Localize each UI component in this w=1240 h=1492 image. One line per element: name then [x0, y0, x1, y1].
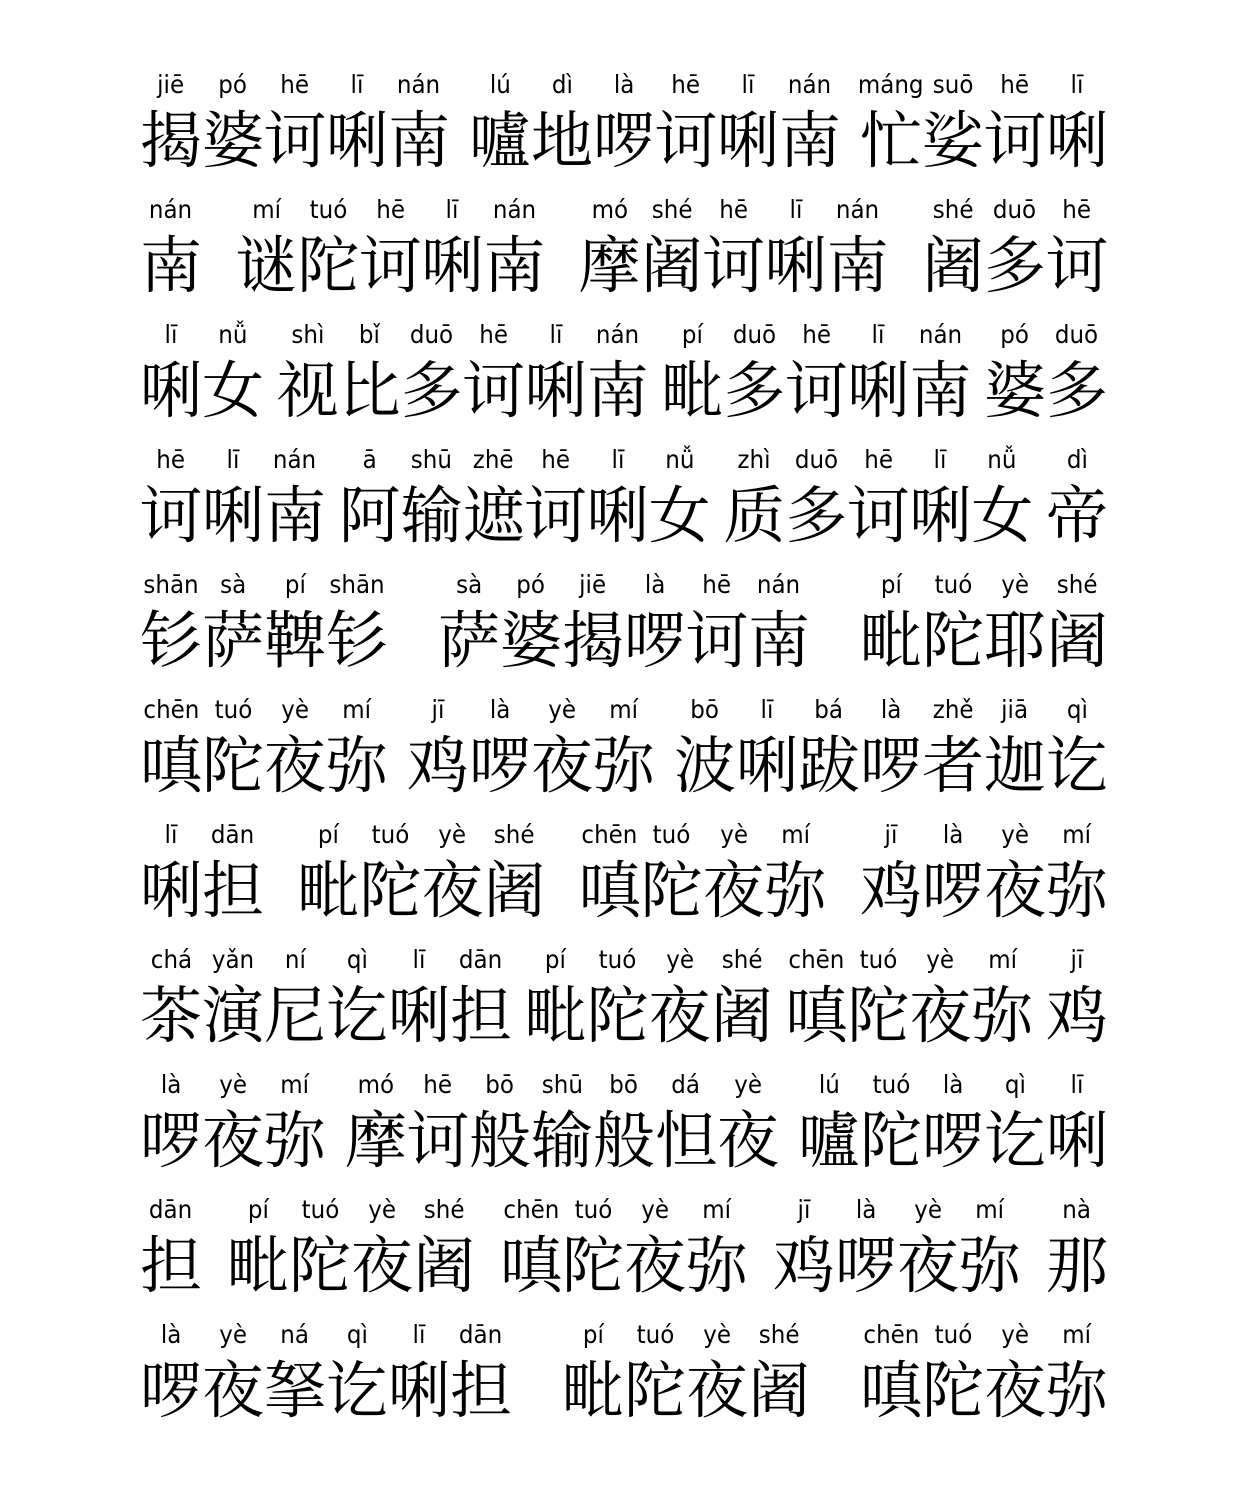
ruby-cell: mí谜 [235, 191, 297, 316]
pinyin-annotation: yè [219, 1316, 247, 1350]
ruby-cell: zhì质 [723, 441, 785, 566]
ruby-cell: lī唎 [587, 441, 649, 566]
hanzi-character: 鸡 [773, 1225, 835, 1316]
pinyin-annotation: là [943, 1066, 963, 1100]
ruby-cell: chēn嗔 [860, 1316, 922, 1441]
pinyin-annotation: yè [1001, 566, 1029, 600]
hanzi-character: 弥 [686, 1225, 748, 1316]
hanzi-character: 唎 [388, 1350, 450, 1441]
syllable-group: chēn嗔tuó陀yè夜mí弥 [860, 1316, 1108, 1441]
hanzi-character: 那 [1046, 1225, 1108, 1316]
hanzi-character: 女 [649, 475, 711, 566]
pinyin-annotation: lī [165, 816, 178, 850]
hanzi-character: 阇 [641, 225, 703, 316]
ruby-cell: tuó陀 [587, 941, 649, 1066]
pinyin-annotation: nán [596, 316, 639, 350]
hanzi-character: 唎 [717, 100, 779, 191]
pinyin-annotation: máng [858, 66, 924, 100]
text-line: jiē揭pó婆hē诃lī唎nán南lú嚧dì地là啰hē诃lī唎nán南máng… [140, 66, 1108, 191]
pinyin-annotation: tuó [309, 191, 347, 225]
pinyin-annotation: là [161, 1316, 181, 1350]
pinyin-annotation: nán [788, 66, 831, 100]
ruby-cell: shé阇 [483, 816, 545, 941]
hanzi-character: 陀 [922, 1350, 984, 1441]
hanzi-character: 弥 [1046, 850, 1108, 941]
syllable-group: shān钐sà萨pí鞞shān钐 [140, 566, 388, 691]
hanzi-character: 阿 [339, 475, 401, 566]
ruby-cell: yè夜 [717, 1066, 779, 1191]
hanzi-character: 弥 [765, 850, 827, 941]
hanzi-character: 南 [264, 475, 326, 566]
hanzi-character: 婆 [984, 350, 1046, 441]
ruby-cell: pí毗 [227, 1191, 289, 1316]
syllable-group: chēn嗔tuó陀yè夜mí弥 [140, 691, 388, 816]
syllable-group: zhì质duō多hē诃lī唎nǚ女 [723, 441, 1033, 566]
hanzi-character: 嚧 [469, 100, 531, 191]
pinyin-annotation: bō [486, 1066, 515, 1100]
ruby-cell: nán南 [827, 191, 889, 316]
ruby-cell: tuó陀 [922, 566, 984, 691]
pinyin-annotation: hē [281, 66, 310, 100]
pinyin-annotation: pó [1001, 316, 1030, 350]
hanzi-character: 毗 [661, 350, 723, 441]
hanzi-character: 夜 [264, 725, 326, 816]
pinyin-annotation: pí [880, 566, 901, 600]
pinyin-annotation: ā [363, 441, 377, 475]
pinyin-annotation: yè [926, 941, 954, 975]
hanzi-character: 南 [779, 100, 841, 191]
pinyin-annotation: duō [993, 191, 1036, 225]
pinyin-annotation: nǚ [665, 441, 694, 475]
ruby-cell: hē诃 [1046, 191, 1108, 316]
hanzi-character: 啰 [140, 1100, 202, 1191]
ruby-cell: hē诃 [847, 441, 909, 566]
syllable-group: lī唎dān担 [140, 816, 264, 941]
hanzi-character: 阇 [483, 850, 545, 941]
hanzi-character: 诃 [703, 225, 765, 316]
hanzi-character: 南 [388, 100, 450, 191]
hanzi-character: 唎 [388, 975, 450, 1066]
ruby-cell: nǚ女 [649, 441, 711, 566]
text-line: chá茶yǎn演ní尼qì讫lī唎dān担pí毗tuó陀yè夜shé阇chēn嗔… [140, 941, 1108, 1066]
pinyin-annotation: mí [610, 691, 639, 725]
pinyin-annotation: shū [541, 1066, 582, 1100]
pinyin-annotation: hē [1001, 66, 1030, 100]
pinyin-annotation: pí [545, 941, 566, 975]
ruby-cell: nà那 [1046, 1191, 1108, 1316]
ruby-cell: là啰 [140, 1316, 202, 1441]
pinyin-annotation: chēn [788, 941, 844, 975]
hanzi-character: 陀 [922, 600, 984, 691]
hanzi-character: 讫 [326, 1350, 388, 1441]
pinyin-annotation: duō [795, 441, 838, 475]
pinyin-annotation: lī [549, 316, 562, 350]
pinyin-annotation: lī [761, 691, 774, 725]
syllable-group: jī鸡là啰yè夜mí弥 [773, 1191, 1021, 1316]
hanzi-character: 啰 [860, 725, 922, 816]
hanzi-character: 比 [339, 350, 401, 441]
hanzi-character: 帝 [1046, 475, 1108, 566]
hanzi-character: 多 [401, 350, 463, 441]
hanzi-character: 嚧 [798, 1100, 860, 1191]
pinyin-annotation: jī [432, 691, 445, 725]
hanzi-character: 弥 [971, 975, 1033, 1066]
ruby-cell: tuó陀 [641, 816, 703, 941]
hanzi-character: 嗔 [860, 1350, 922, 1441]
syllable-group: pí毗tuó陀yè耶shé阇 [860, 566, 1108, 691]
pinyin-annotation: shé [1057, 566, 1098, 600]
ruby-cell: sà萨 [202, 566, 264, 691]
hanzi-character: 地 [531, 100, 593, 191]
ruby-cell: lī唎 [140, 316, 202, 441]
pinyin-annotation: jī [885, 816, 898, 850]
pinyin-annotation: tuó [934, 566, 972, 600]
pinyin-annotation: dān [149, 1191, 192, 1225]
syllable-group: jiē揭pó婆hē诃lī唎nán南 [140, 66, 450, 191]
hanzi-character: 弥 [1046, 1350, 1108, 1441]
ruby-cell: chēn嗔 [785, 941, 847, 1066]
ruby-cell: jī鸡 [407, 691, 469, 816]
pinyin-annotation: sà [456, 566, 482, 600]
ruby-cell: hē诃 [785, 316, 847, 441]
hanzi-character: 毗 [297, 850, 359, 941]
ruby-cell: chēn嗔 [500, 1191, 562, 1316]
hanzi-character: 南 [483, 225, 545, 316]
hanzi-character: 诃 [984, 100, 1046, 191]
hanzi-character: 婆 [202, 100, 264, 191]
ruby-cell: ā阿 [339, 441, 401, 566]
hanzi-character: 诃 [359, 225, 421, 316]
pinyin-annotation: shé [424, 1191, 465, 1225]
hanzi-character: 陀 [562, 1225, 624, 1316]
hanzi-character: 尼 [264, 975, 326, 1066]
pinyin-annotation: jī [798, 1191, 811, 1225]
pinyin-annotation: ná [281, 1316, 310, 1350]
hanzi-character: 夜 [202, 1100, 264, 1191]
ruby-cell: shān钐 [326, 566, 388, 691]
hanzi-character: 诃 [655, 100, 717, 191]
pinyin-annotation: dān [211, 816, 254, 850]
hanzi-character: 女 [202, 350, 264, 441]
ruby-cell: yè夜 [984, 816, 1046, 941]
ruby-cell: là啰 [593, 66, 655, 191]
ruby-cell: mí弥 [686, 1191, 748, 1316]
hanzi-character: 唎 [847, 350, 909, 441]
hanzi-character: 揭 [562, 600, 624, 691]
pinyin-annotation: shì [291, 316, 324, 350]
ruby-cell: dān担 [140, 1191, 202, 1316]
pinyin-annotation: mó [358, 1066, 394, 1100]
ruby-cell: yǎn演 [202, 941, 264, 1066]
pinyin-annotation: mí [1063, 1316, 1092, 1350]
ruby-cell: tuó陀 [847, 941, 909, 1066]
pinyin-annotation: hē [864, 441, 893, 475]
pinyin-annotation: shé [933, 191, 974, 225]
pinyin-annotation: hē [719, 191, 748, 225]
hanzi-character: 夜 [984, 1350, 1046, 1441]
hanzi-character: 嗔 [140, 725, 202, 816]
pinyin-annotation: mí [976, 1191, 1005, 1225]
ruby-cell: lī唎 [717, 66, 779, 191]
hanzi-character: 萨 [202, 600, 264, 691]
syllable-group: lú嚧dì地là啰hē诃lī唎nán南 [469, 66, 841, 191]
hanzi-character: 弥 [264, 1100, 326, 1191]
hanzi-character: 般 [469, 1100, 531, 1191]
ruby-cell: nán南 [909, 316, 971, 441]
ruby-cell: tuó陀 [297, 191, 359, 316]
hanzi-character: 担 [450, 975, 512, 1066]
ruby-cell: nán南 [264, 441, 326, 566]
pinyin-annotation: tuó [934, 1316, 972, 1350]
ruby-cell: zhě者 [922, 691, 984, 816]
hanzi-character: 啰 [922, 1100, 984, 1191]
hanzi-character: 唎 [909, 475, 971, 566]
pinyin-annotation: là [645, 566, 665, 600]
pinyin-annotation: dān [459, 941, 502, 975]
pinyin-annotation: yè [368, 1191, 396, 1225]
hanzi-character: 萨 [438, 600, 500, 691]
ruby-cell: là啰 [860, 691, 922, 816]
pinyin-annotation: qì [1004, 1066, 1025, 1100]
ruby-cell: là啰 [624, 566, 686, 691]
hanzi-character: 鞞 [264, 600, 326, 691]
ruby-cell: lī唎 [847, 316, 909, 441]
hanzi-character: 阇 [748, 1350, 810, 1441]
pinyin-annotation: tuó [859, 941, 897, 975]
ruby-cell: pó婆 [500, 566, 562, 691]
text-line: hē诃lī唎nán南ā阿shū输zhē遮hē诃lī唎nǚ女zhì质duō多hē诃… [140, 441, 1108, 566]
pinyin-annotation: jī [1071, 941, 1084, 975]
ruby-cell: lī唎 [140, 816, 202, 941]
hanzi-character: 诃 [140, 475, 202, 566]
syllable-group: jī鸡 [1046, 941, 1108, 1066]
hanzi-character: 啰 [624, 600, 686, 691]
pinyin-annotation: mí [1063, 816, 1092, 850]
pinyin-annotation: dì [1066, 441, 1087, 475]
syllable-group: hē诃lī唎nán南 [140, 441, 326, 566]
hanzi-character: 讫 [1046, 725, 1108, 816]
pinyin-annotation: shé [759, 1316, 800, 1350]
ruby-cell: lī唎 [1046, 1066, 1108, 1191]
ruby-cell: chēn嗔 [140, 691, 202, 816]
ruby-cell: pó婆 [984, 316, 1046, 441]
hanzi-character: 忙 [860, 100, 922, 191]
ruby-cell: là啰 [922, 816, 984, 941]
pinyin-annotation: hē [424, 1066, 453, 1100]
ruby-cell: shé阇 [641, 191, 703, 316]
pinyin-annotation: qì [1066, 691, 1087, 725]
hanzi-character: 嗔 [500, 1225, 562, 1316]
pinyin-annotation: hē [479, 316, 508, 350]
ruby-cell: qì讫 [1046, 691, 1108, 816]
ruby-cell: qì讫 [326, 941, 388, 1066]
ruby-cell: bǐ比 [339, 316, 401, 441]
ruby-cell: shé阇 [922, 191, 984, 316]
pinyin-annotation: zhě [933, 691, 974, 725]
pinyin-annotation: lī [351, 66, 364, 100]
ruby-cell: mí弥 [971, 941, 1033, 1066]
ruby-cell: nán南 [779, 66, 841, 191]
ruby-cell: dān担 [202, 816, 264, 941]
hanzi-character: 陀 [289, 1225, 351, 1316]
hanzi-character: 陀 [297, 225, 359, 316]
pinyin-annotation: mí [252, 191, 281, 225]
hanzi-character: 多 [984, 225, 1046, 316]
ruby-cell: shū输 [401, 441, 463, 566]
pinyin-annotation: mí [781, 816, 810, 850]
hanzi-character: 毗 [860, 600, 922, 691]
ruby-cell: jī鸡 [860, 816, 922, 941]
ruby-cell: mí弥 [1046, 816, 1108, 941]
syllable-group: chēn嗔tuó陀yè夜mí弥 [579, 816, 827, 941]
ruby-cell: lī唎 [388, 1316, 450, 1441]
pinyin-annotation: là [614, 66, 634, 100]
pinyin-annotation: chá [150, 941, 191, 975]
hanzi-character: 唎 [587, 475, 649, 566]
syllable-group: máng忙suō娑hē诃lī唎 [860, 66, 1108, 191]
ruby-cell: duō多 [723, 316, 785, 441]
hanzi-character: 般 [593, 1100, 655, 1191]
text-line: dān担pí毗tuó陀yè夜shé阇chēn嗔tuó陀yè夜mí弥jī鸡là啰y… [140, 1191, 1108, 1316]
ruby-cell: yè夜 [421, 816, 483, 941]
ruby-cell: lú嚧 [469, 66, 531, 191]
pinyin-annotation: là [943, 816, 963, 850]
ruby-cell: hē诃 [264, 66, 326, 191]
pinyin-annotation: lī [227, 441, 240, 475]
syllable-group: ā阿shū输zhē遮hē诃lī唎nǚ女 [339, 441, 711, 566]
hanzi-character: 遮 [463, 475, 525, 566]
ruby-cell: dá怛 [655, 1066, 717, 1191]
pinyin-annotation: chēn [582, 816, 638, 850]
ruby-cell: lī唎 [202, 441, 264, 566]
ruby-cell: mí弥 [1046, 1316, 1108, 1441]
syllable-group: nà那 [1046, 1191, 1108, 1316]
pinyin-annotation: yè [548, 691, 576, 725]
syllable-group: lī唎nǚ女 [140, 316, 264, 441]
hanzi-character: 唎 [140, 350, 202, 441]
hanzi-character: 担 [140, 1225, 202, 1316]
ruby-cell: mó摩 [345, 1066, 407, 1191]
pinyin-annotation: yè [703, 1316, 731, 1350]
ruby-cell: hē诃 [525, 441, 587, 566]
pinyin-annotation: yè [914, 1191, 942, 1225]
hanzi-character: 陀 [202, 725, 264, 816]
hanzi-character: 夜 [202, 1350, 264, 1441]
ruby-cell: nǚ女 [971, 441, 1033, 566]
pinyin-annotation: suō [933, 66, 974, 100]
ruby-cell: lī唎 [1046, 66, 1108, 191]
ruby-cell: pí毗 [860, 566, 922, 691]
ruby-cell: duō多 [1046, 316, 1108, 441]
ruby-cell: shì视 [277, 316, 339, 441]
pinyin-annotation: tuó [653, 816, 691, 850]
hanzi-character: 阇 [711, 975, 773, 1066]
ruby-cell: mí弥 [959, 1191, 1021, 1316]
hanzi-character: 毗 [562, 1350, 624, 1441]
pinyin-annotation: yè [219, 1066, 247, 1100]
ruby-cell: shé阇 [413, 1191, 475, 1316]
ruby-cell: hē诃 [463, 316, 525, 441]
hanzi-character: 怛 [655, 1100, 717, 1191]
ruby-cell: bá跋 [798, 691, 860, 816]
pinyin-annotation: lī [446, 191, 459, 225]
ruby-cell: yè夜 [624, 1191, 686, 1316]
ruby-cell: tuó陀 [860, 1066, 922, 1191]
ruby-cell: bō波 [674, 691, 736, 816]
sutra-text-page: jiē揭pó婆hē诃lī唎nán南lú嚧dì地là啰hē诃lī唎nán南máng… [0, 0, 1240, 1492]
ruby-cell: tuó陀 [359, 816, 421, 941]
hanzi-character: 输 [531, 1100, 593, 1191]
pinyin-annotation: tuó [872, 1066, 910, 1100]
ruby-cell: tuó陀 [202, 691, 264, 816]
ruby-cell: jiē揭 [140, 66, 202, 191]
syllable-group: shì视bǐ比duō多hē诃lī唎nán南 [277, 316, 649, 441]
hanzi-character: 迦 [984, 725, 1046, 816]
hanzi-character: 多 [723, 350, 785, 441]
hanzi-character: 南 [587, 350, 649, 441]
ruby-cell: hē诃 [686, 566, 748, 691]
hanzi-character: 啰 [835, 1225, 897, 1316]
syllable-group: lú嚧tuó陀là啰qì讫lī唎 [798, 1066, 1108, 1191]
pinyin-annotation: lī [1071, 66, 1084, 100]
hanzi-character: 演 [202, 975, 264, 1066]
syllable-group: chēn嗔tuó陀yè夜mí弥 [500, 1191, 748, 1316]
pinyin-annotation: nán [397, 66, 440, 100]
hanzi-character: 谜 [235, 225, 297, 316]
pinyin-annotation: lī [413, 1316, 426, 1350]
hanzi-character: 夜 [686, 1350, 748, 1441]
syllable-group: pí毗duō多hē诃lī唎nán南 [661, 316, 971, 441]
syllable-group: mí谜tuó陀hē诃lī唎nán南 [235, 191, 545, 316]
hanzi-character: 担 [450, 1350, 512, 1441]
pinyin-annotation: shé [721, 941, 762, 975]
ruby-cell: duō多 [984, 191, 1046, 316]
ruby-cell: duō多 [785, 441, 847, 566]
ruby-cell: tuó陀 [922, 1316, 984, 1441]
hanzi-character: 唎 [736, 725, 798, 816]
syllable-group: sà萨pó婆jiē揭là啰hē诃nán南 [438, 566, 810, 691]
hanzi-character: 摩 [345, 1100, 407, 1191]
ruby-cell: yè夜 [202, 1066, 264, 1191]
hanzi-character: 诃 [1046, 225, 1108, 316]
hanzi-character: 摩 [579, 225, 641, 316]
ruby-cell: jī鸡 [1046, 941, 1108, 1066]
hanzi-character: 夜 [984, 850, 1046, 941]
pinyin-annotation: chēn [143, 691, 199, 725]
hanzi-character: 夜 [649, 975, 711, 1066]
hanzi-character: 波 [674, 725, 736, 816]
pinyin-annotation: nà [1063, 1191, 1092, 1225]
pinyin-annotation: hē [376, 191, 405, 225]
ruby-cell: shé阇 [711, 941, 773, 1066]
pinyin-annotation: là [490, 691, 510, 725]
ruby-cell: pí毗 [661, 316, 723, 441]
pinyin-annotation: dān [459, 1316, 502, 1350]
ruby-cell: dì地 [531, 66, 593, 191]
ruby-cell: mí弥 [593, 691, 655, 816]
ruby-cell: shé阇 [748, 1316, 810, 1441]
pinyin-annotation: là [856, 1191, 876, 1225]
hanzi-character: 南 [140, 225, 202, 316]
pinyin-annotation: lī [1071, 1066, 1084, 1100]
syllable-group: là啰yè夜ná拏qì讫lī唎dān担 [140, 1316, 512, 1441]
pinyin-annotation: pí [318, 816, 339, 850]
hanzi-character: 南 [827, 225, 889, 316]
pinyin-annotation: yè [1001, 1316, 1029, 1350]
pinyin-annotation: pí [284, 566, 305, 600]
hanzi-character: 陀 [624, 1350, 686, 1441]
syllable-group: jī鸡là啰yè夜mí弥 [407, 691, 655, 816]
